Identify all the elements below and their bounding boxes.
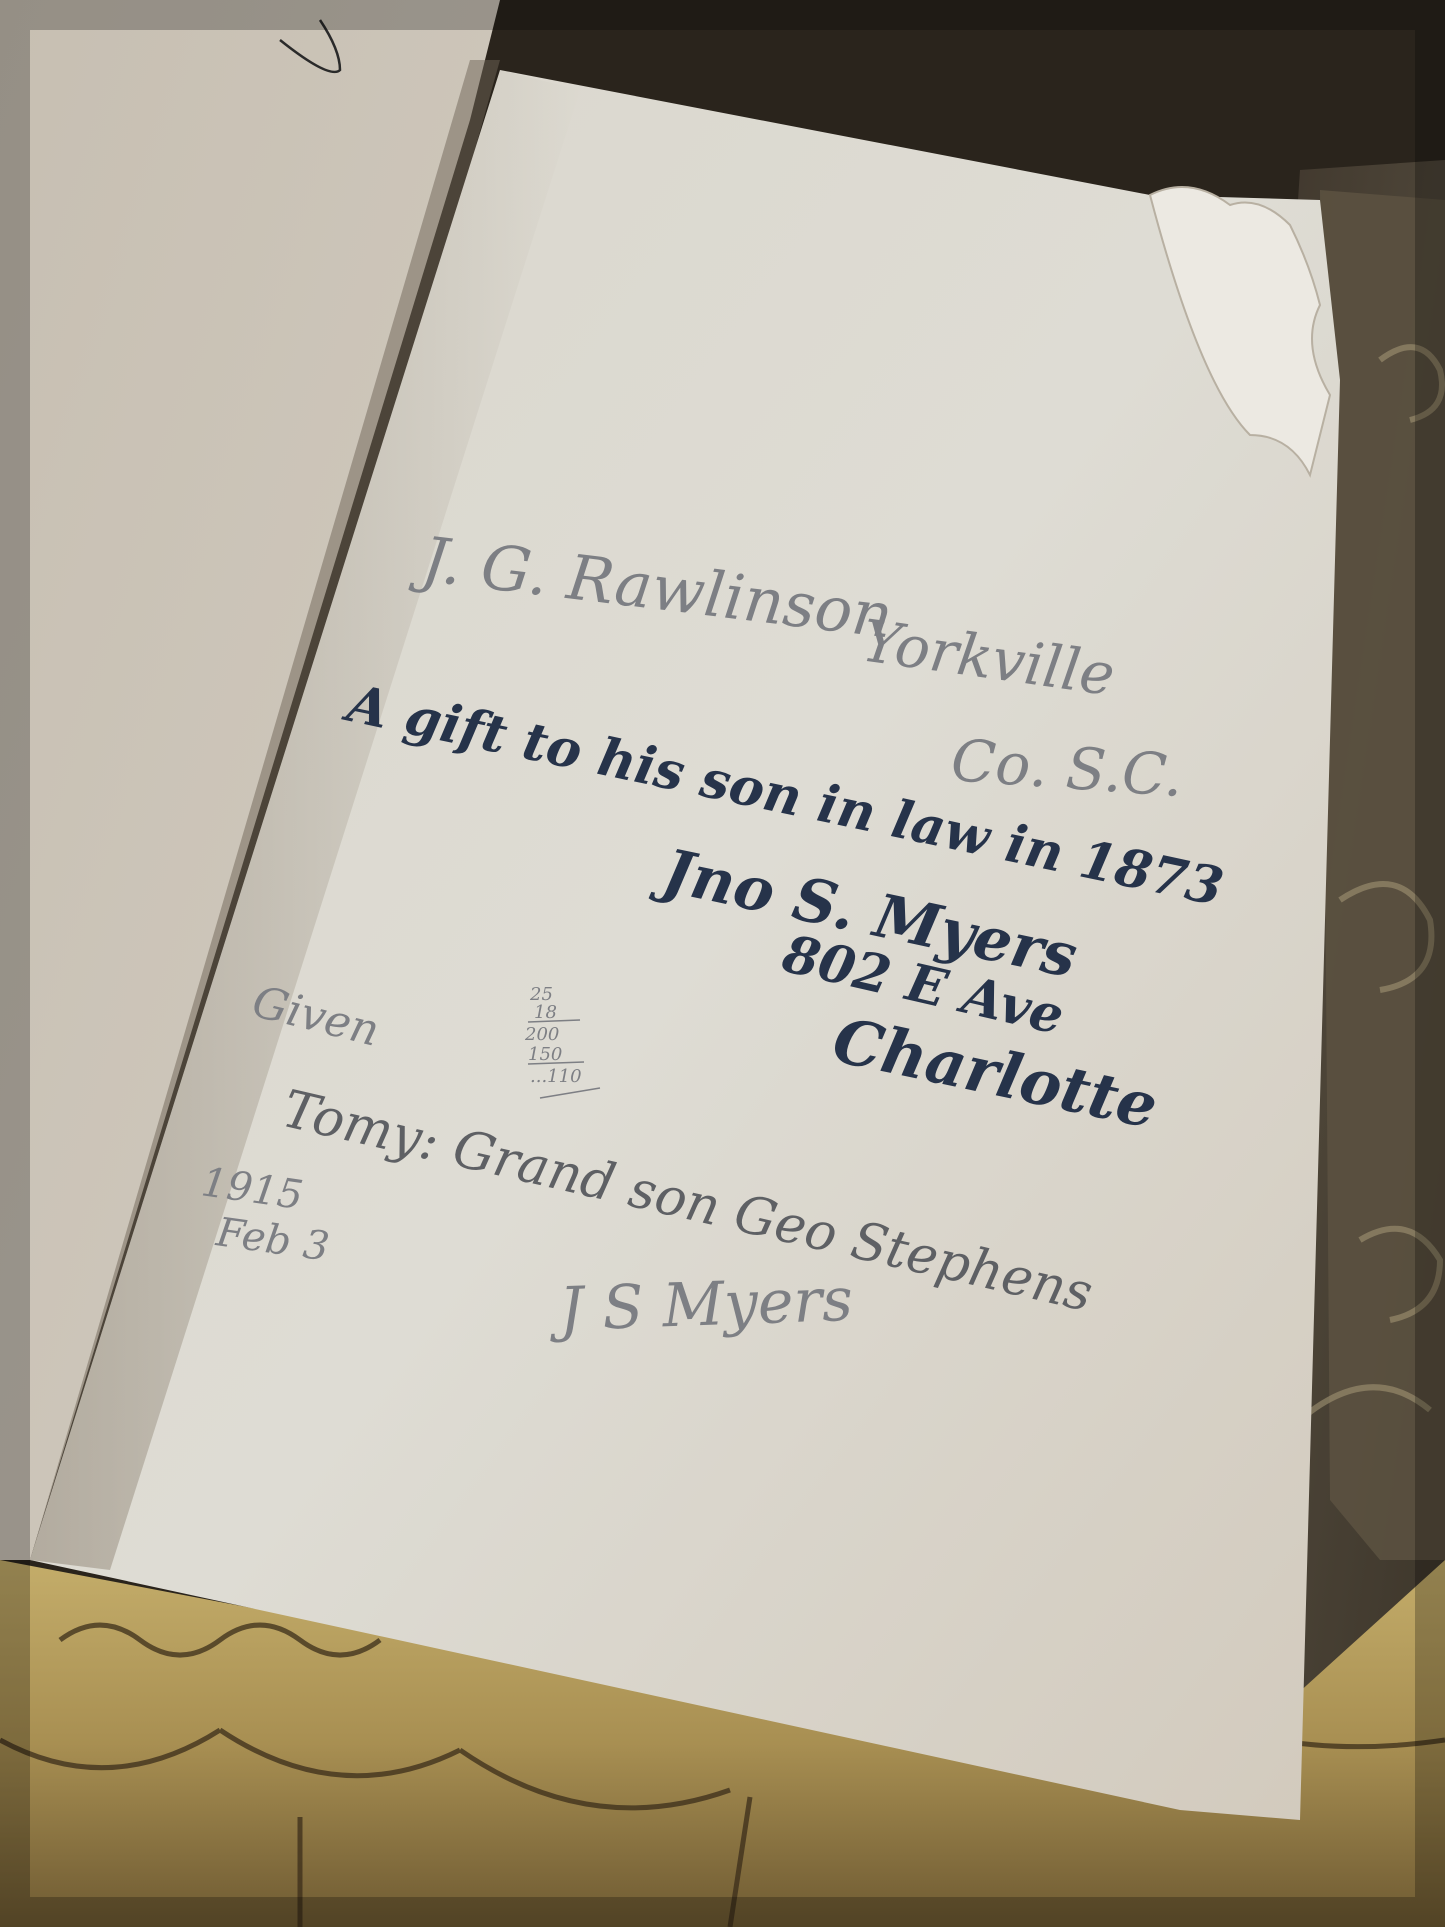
calc-line: ...110 (530, 1066, 582, 1087)
photo-canvas: J. G. Rawlinson Yorkville Co. S.C. A gif… (0, 0, 1445, 1927)
second-signature: J S Myers (547, 1265, 854, 1346)
calc-line: 200 (524, 1024, 559, 1045)
book-photo: J. G. Rawlinson Yorkville Co. S.C. A gif… (0, 0, 1445, 1927)
calc-line: 150 (528, 1044, 562, 1065)
calc-line: 18 (534, 1002, 557, 1023)
